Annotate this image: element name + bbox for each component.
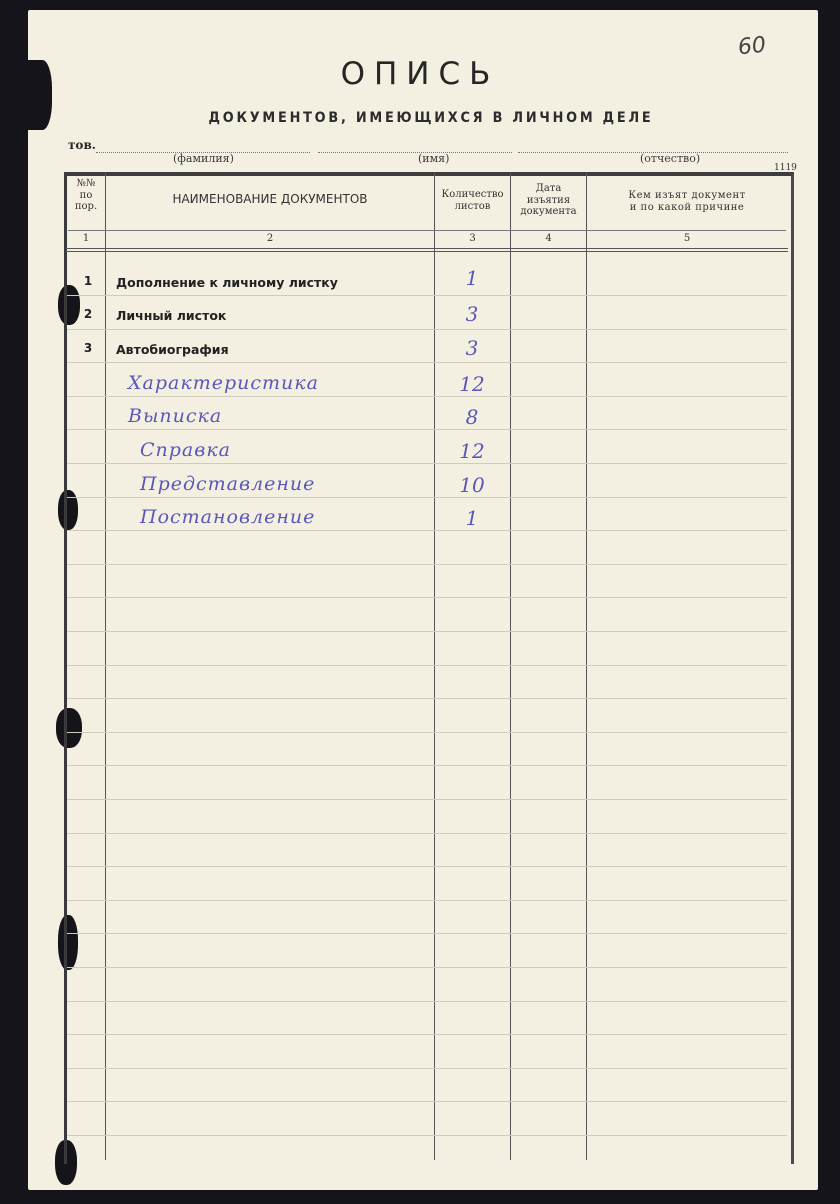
page-subtitle: ДОКУМЕНТОВ, ИМЕЮЩИХСЯ В ЛИЧНОМ ДЕЛЕ: [34, 110, 827, 126]
column-number-4: 4: [511, 233, 586, 244]
ruled-line: [67, 732, 787, 733]
sheet-count: 3: [440, 336, 504, 360]
header-separator: [68, 230, 786, 231]
ruled-line: [67, 866, 787, 867]
handwritten-document-name: Характеристика: [128, 372, 319, 394]
column-divider: [510, 172, 511, 1160]
ruled-line: [67, 329, 787, 330]
ruled-line: [67, 564, 787, 565]
header-sheet-count: Количество листов: [435, 189, 510, 212]
sheet-count: 1: [440, 506, 504, 530]
ruled-line: [67, 597, 787, 598]
patronymic-caption: (отчество): [640, 152, 700, 165]
ruled-line: [67, 799, 787, 800]
document-name: Личный листок: [116, 308, 226, 323]
column-number-5: 5: [587, 233, 787, 244]
ruled-line: [67, 1135, 787, 1136]
document-name: Автобиография: [116, 342, 229, 357]
ruled-line: [67, 765, 787, 766]
handwritten-document-name: Постановление: [140, 506, 315, 528]
ruled-line: [67, 631, 787, 632]
header-number: №№ по пор.: [68, 178, 104, 213]
surname-caption: (фамилия): [173, 152, 234, 165]
header-bottom-border: [66, 248, 788, 252]
handwritten-document-name: Представление: [140, 473, 315, 495]
ruled-line: [67, 967, 787, 968]
ruled-line: [67, 1034, 787, 1035]
column-number-3: 3: [435, 233, 510, 244]
name-field: [318, 152, 512, 153]
column-number-1: 1: [68, 233, 104, 244]
ruled-line: [67, 530, 787, 531]
column-divider: [586, 172, 587, 1160]
column-divider: [434, 172, 435, 1160]
row-number: 3: [78, 341, 98, 355]
row-number: 1: [78, 274, 98, 288]
name-caption: (имя): [418, 152, 449, 165]
ruled-line: [67, 463, 787, 464]
header-document-name: НАИМЕНОВАНИЕ ДОКУМЕНТОВ: [106, 193, 434, 207]
ruled-line: [67, 1001, 787, 1002]
sheet-count: 12: [440, 372, 504, 396]
ruled-line: [67, 1101, 787, 1102]
document-name: Дополнение к личному листку: [116, 275, 338, 290]
ruled-line: [67, 1068, 787, 1069]
comrade-label: тов.: [68, 138, 96, 152]
ruled-line: [67, 933, 787, 934]
ruled-line: [67, 362, 787, 363]
ruled-line: [67, 900, 787, 901]
page-title: ОПИСЬ: [0, 56, 840, 92]
column-divider: [105, 172, 106, 1160]
sheet-count: 10: [440, 473, 504, 497]
header-removed-by: Кем изъят документ и по какой причине: [587, 190, 787, 213]
handwritten-document-name: Справка: [140, 439, 231, 461]
sheet-count: 1: [440, 266, 504, 290]
ruled-line: [67, 429, 787, 430]
ruled-line: [67, 497, 787, 498]
handwritten-document-name: Выписка: [128, 405, 222, 427]
ruled-line: [67, 396, 787, 397]
sheet-count: 12: [440, 439, 504, 463]
sheet-count: 8: [440, 405, 504, 429]
ruled-line: [67, 698, 787, 699]
column-number-2: 2: [106, 233, 434, 244]
ruled-line: [67, 665, 787, 666]
ruled-line: [67, 833, 787, 834]
ruled-line: [67, 295, 787, 296]
sheet-count: 3: [440, 302, 504, 326]
row-number: 2: [78, 307, 98, 321]
header-removal-date: Дата изъятия документа: [511, 183, 586, 218]
